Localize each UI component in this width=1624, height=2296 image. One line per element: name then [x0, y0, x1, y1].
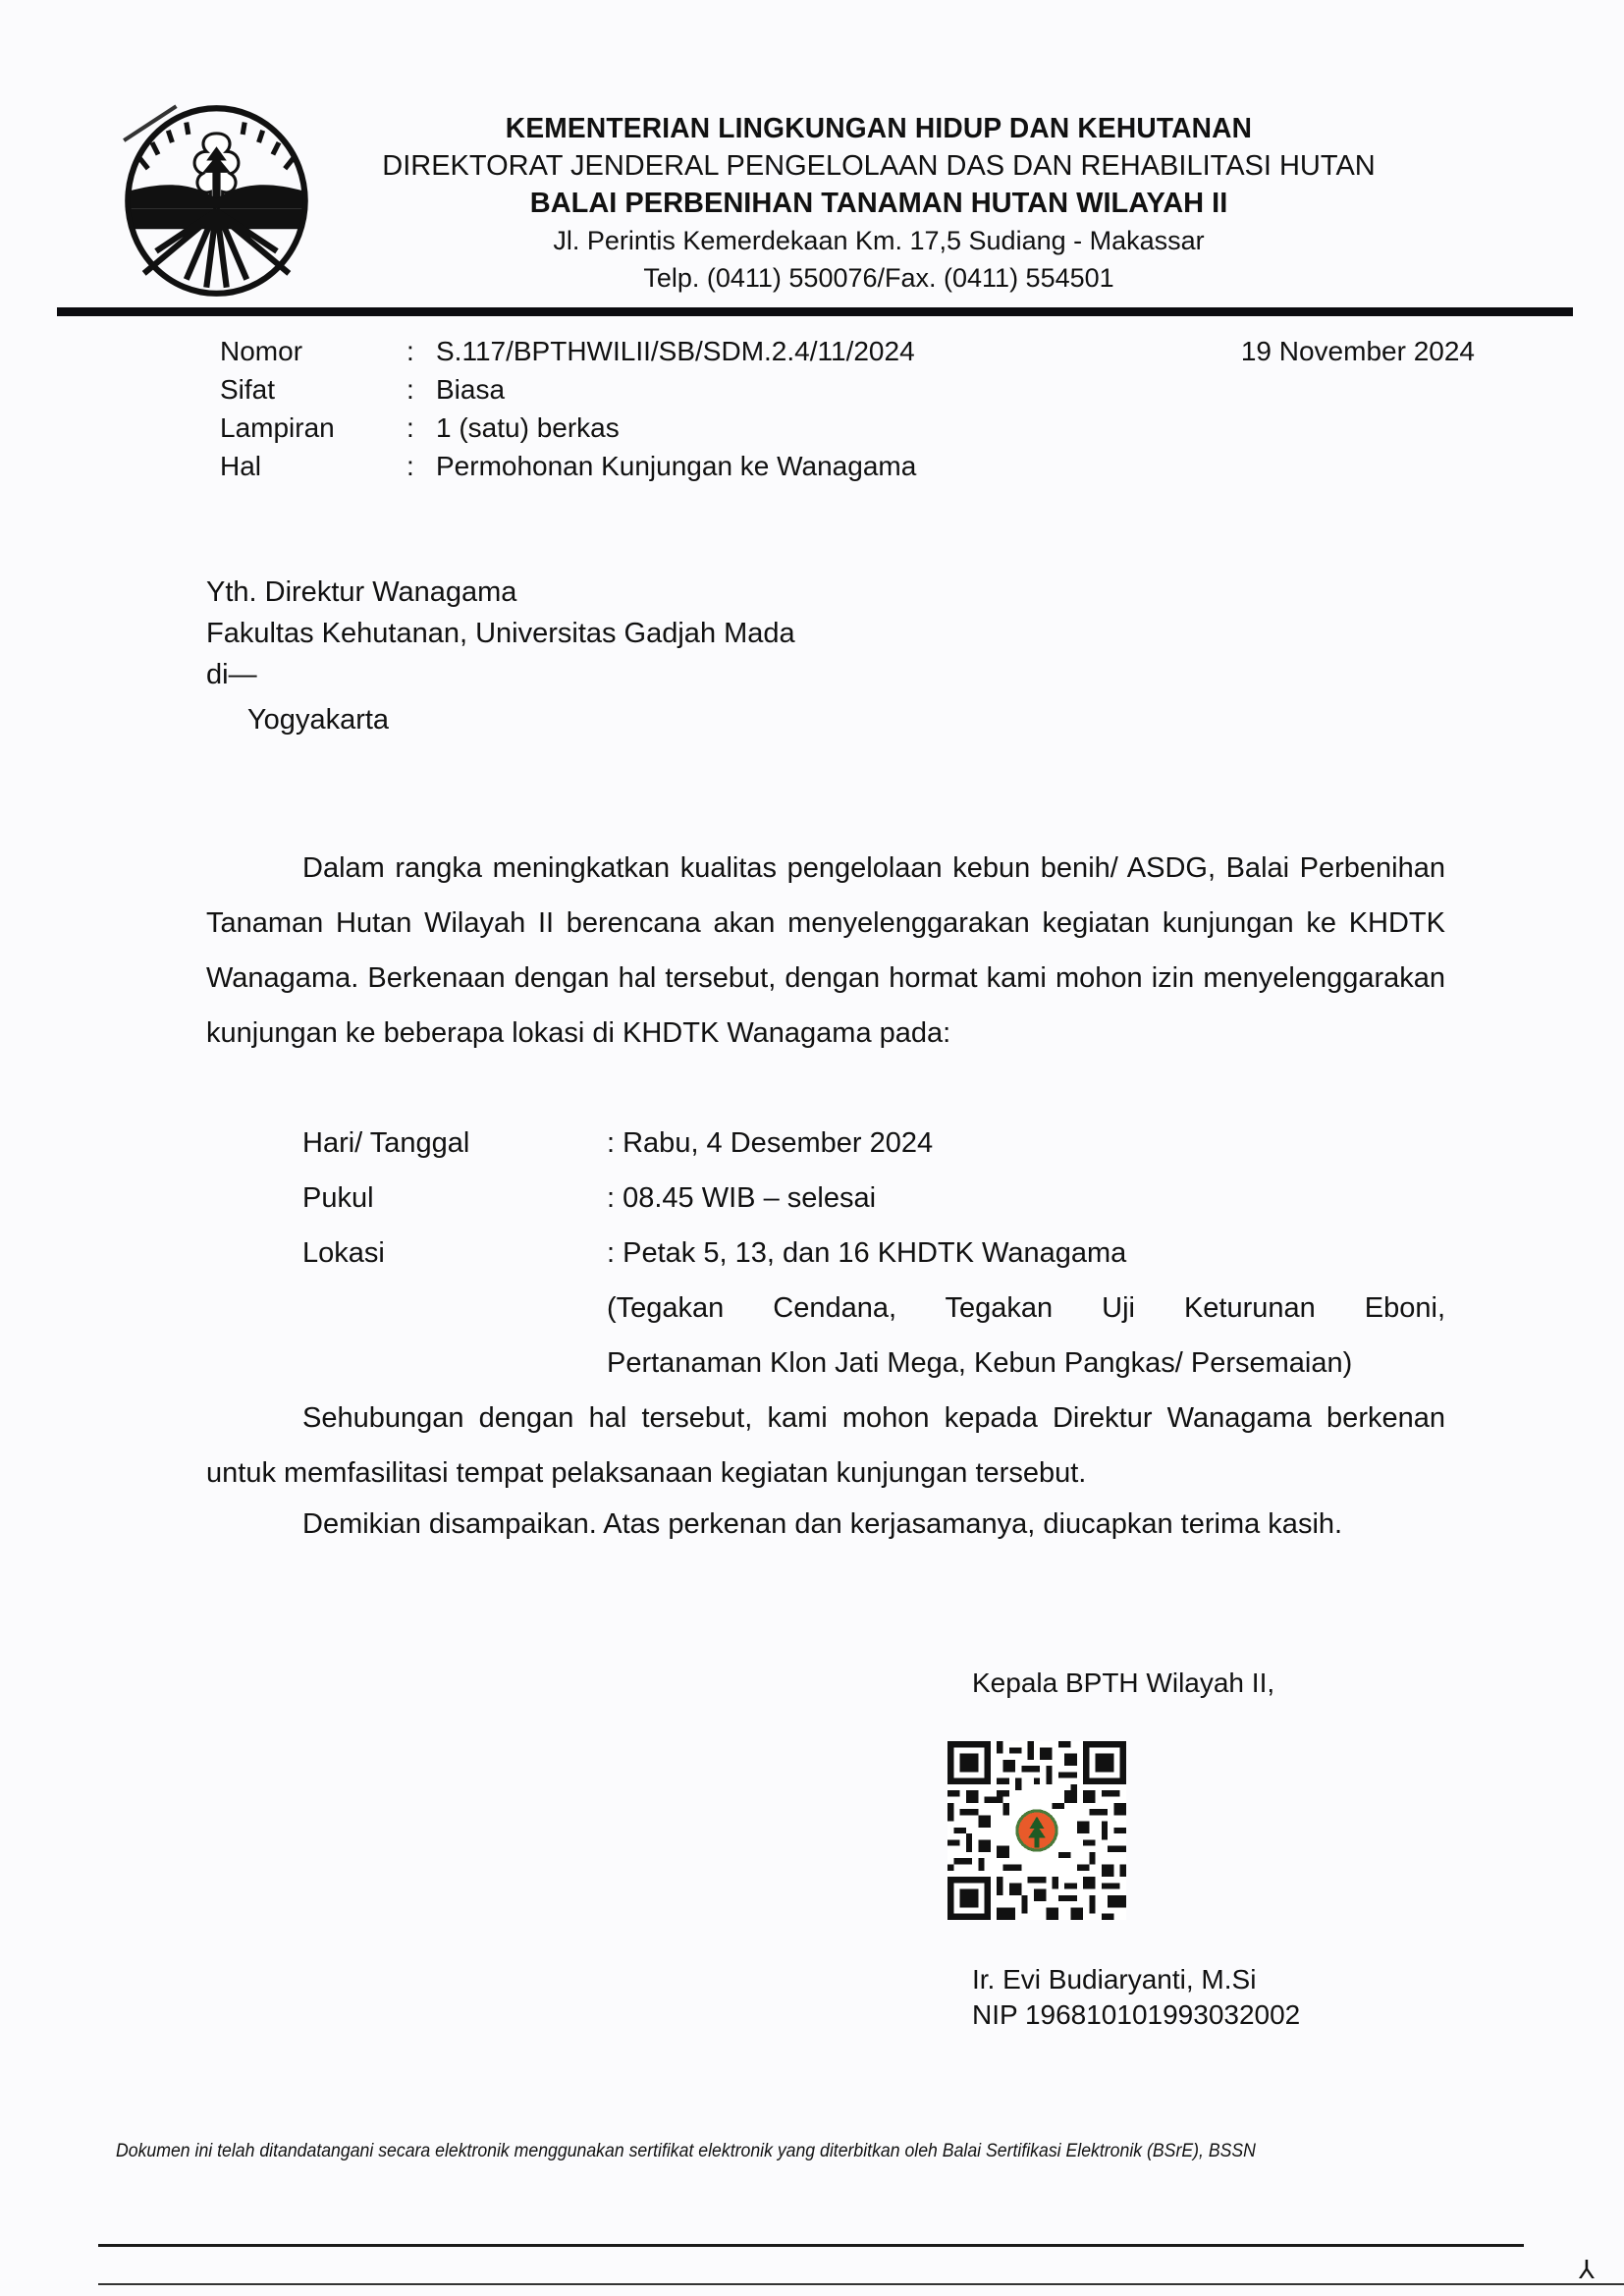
letter-date: 19 November 2024 [1241, 332, 1475, 370]
schedule-label: Pukul [302, 1171, 607, 1226]
paragraph-3-text: Demikian disampaikan. Atas perkenan dan … [302, 1508, 1342, 1540]
scan-edge-line [98, 2283, 1624, 2285]
qr-code-icon [947, 1741, 1126, 1920]
recipient-title: Yth. Direktur Wanagama [206, 572, 795, 613]
meta-label: Nomor [220, 332, 406, 370]
schedule-value: : 08.45 WIB – selesai [607, 1171, 1445, 1226]
office-name: BALAI PERBENIHAN TANAMAN HUTAN WILAYAH I… [324, 185, 1434, 222]
meta-row-lampiran: Lampiran : 1 (satu) berkas [220, 409, 916, 447]
office-address: Jl. Perintis Kemerdekaan Km. 17,5 Sudian… [324, 222, 1434, 259]
signer-nip: NIP 196810101993032002 [972, 1997, 1300, 2033]
schedule-row-date: Hari/ Tanggal : Rabu, 4 Desember 2024 [302, 1116, 1445, 1171]
schedule-value: : Rabu, 4 Desember 2024 [607, 1116, 1445, 1171]
ministry-name: KEMENTERIAN LINGKUNGAN HIDUP DAN KEHUTAN… [341, 110, 1417, 147]
schedule-row-location: Lokasi : Petak 5, 13, dan 16 KHDTK Wanag… [302, 1226, 1445, 1281]
meta-row-hal: Hal : Permohonan Kunjungan ke Wanagama [220, 447, 916, 485]
signatory-title: Kepala BPTH Wilayah II, [972, 1665, 1274, 1702]
meta-row-sifat: Sifat : Biasa [220, 370, 916, 409]
schedule-label: Hari/ Tanggal [302, 1116, 607, 1171]
meta-label: Hal [220, 447, 406, 485]
schedule-value: : Petak 5, 13, dan 16 KHDTK Wanagama [607, 1226, 1445, 1281]
ministry-logo-icon [116, 98, 317, 300]
schedule-row-time: Pukul : 08.45 WIB – selesai [302, 1171, 1445, 1226]
schedule-label: Lokasi [302, 1226, 607, 1281]
letter-page: KEMENTERIAN LINGKUNGAN HIDUP DAN KEHUTAN… [0, 0, 1624, 2296]
meta-row-nomor: Nomor : S.117/BPTHWILII/SB/SDM.2.4/11/20… [220, 332, 916, 370]
signer-block: Ir. Evi Budiaryanti, M.Si NIP 1968101019… [972, 1962, 1300, 2033]
location-detail-line-1: (Tegakan Cendana, Tegakan Uji Keturunan … [302, 1281, 1445, 1336]
letterhead: KEMENTERIAN LINGKUNGAN HIDUP DAN KEHUTAN… [324, 110, 1434, 297]
location-detail-line-2: Pertanaman Klon Jati Mega, Kebun Pangkas… [302, 1336, 1445, 1391]
meta-separator: : [406, 409, 436, 447]
paragraph-2-text: Sehubungan dengan hal tersebut, kami moh… [206, 1402, 1445, 1489]
recipient-di: di— [206, 654, 795, 695]
footer-divider [98, 2244, 1524, 2247]
directorate-name: DIREKTORAT JENDERAL PENGELOLAAN DAS DAN … [324, 147, 1434, 185]
meta-label: Lampiran [220, 409, 406, 447]
meta-value: Permohonan Kunjungan ke Wanagama [436, 447, 916, 485]
recipient-city: Yogyakarta [206, 699, 795, 740]
signer-name: Ir. Evi Budiaryanti, M.Si [972, 1962, 1300, 1997]
visit-schedule: Hari/ Tanggal : Rabu, 4 Desember 2024 Pu… [302, 1116, 1445, 1391]
meta-value: 1 (satu) berkas [436, 409, 620, 447]
meta-value: S.117/BPTHWILII/SB/SDM.2.4/11/2024 [436, 332, 915, 370]
body-paragraph-3: Demikian disampaikan. Atas perkenan dan … [206, 1497, 1445, 1552]
meta-label: Sifat [220, 370, 406, 409]
meta-separator: : [406, 370, 436, 409]
electronic-signature-note: Dokumen ini telah ditandatangani secara … [116, 2141, 1256, 2162]
meta-separator: : [406, 447, 436, 485]
recipient-block: Yth. Direktur Wanagama Fakultas Kehutana… [206, 572, 795, 740]
meta-separator: : [406, 332, 436, 370]
paragraph-1-text: Dalam rangka meningkatkan kualitas penge… [206, 852, 1445, 1049]
letter-metadata: Nomor : S.117/BPTHWILII/SB/SDM.2.4/11/20… [220, 332, 916, 485]
body-paragraph-1: Dalam rangka meningkatkan kualitas penge… [206, 841, 1445, 1061]
body-paragraph-2: Sehubungan dengan hal tersebut, kami moh… [206, 1391, 1445, 1501]
recipient-institution: Fakultas Kehutanan, Universitas Gadjah M… [206, 613, 795, 654]
meta-value: Biasa [436, 370, 505, 409]
letterhead-divider [57, 307, 1573, 316]
office-phone: Telp. (0411) 550076/Fax. (0411) 554501 [324, 259, 1434, 297]
page-mark: ⅄ [1579, 2255, 1595, 2285]
